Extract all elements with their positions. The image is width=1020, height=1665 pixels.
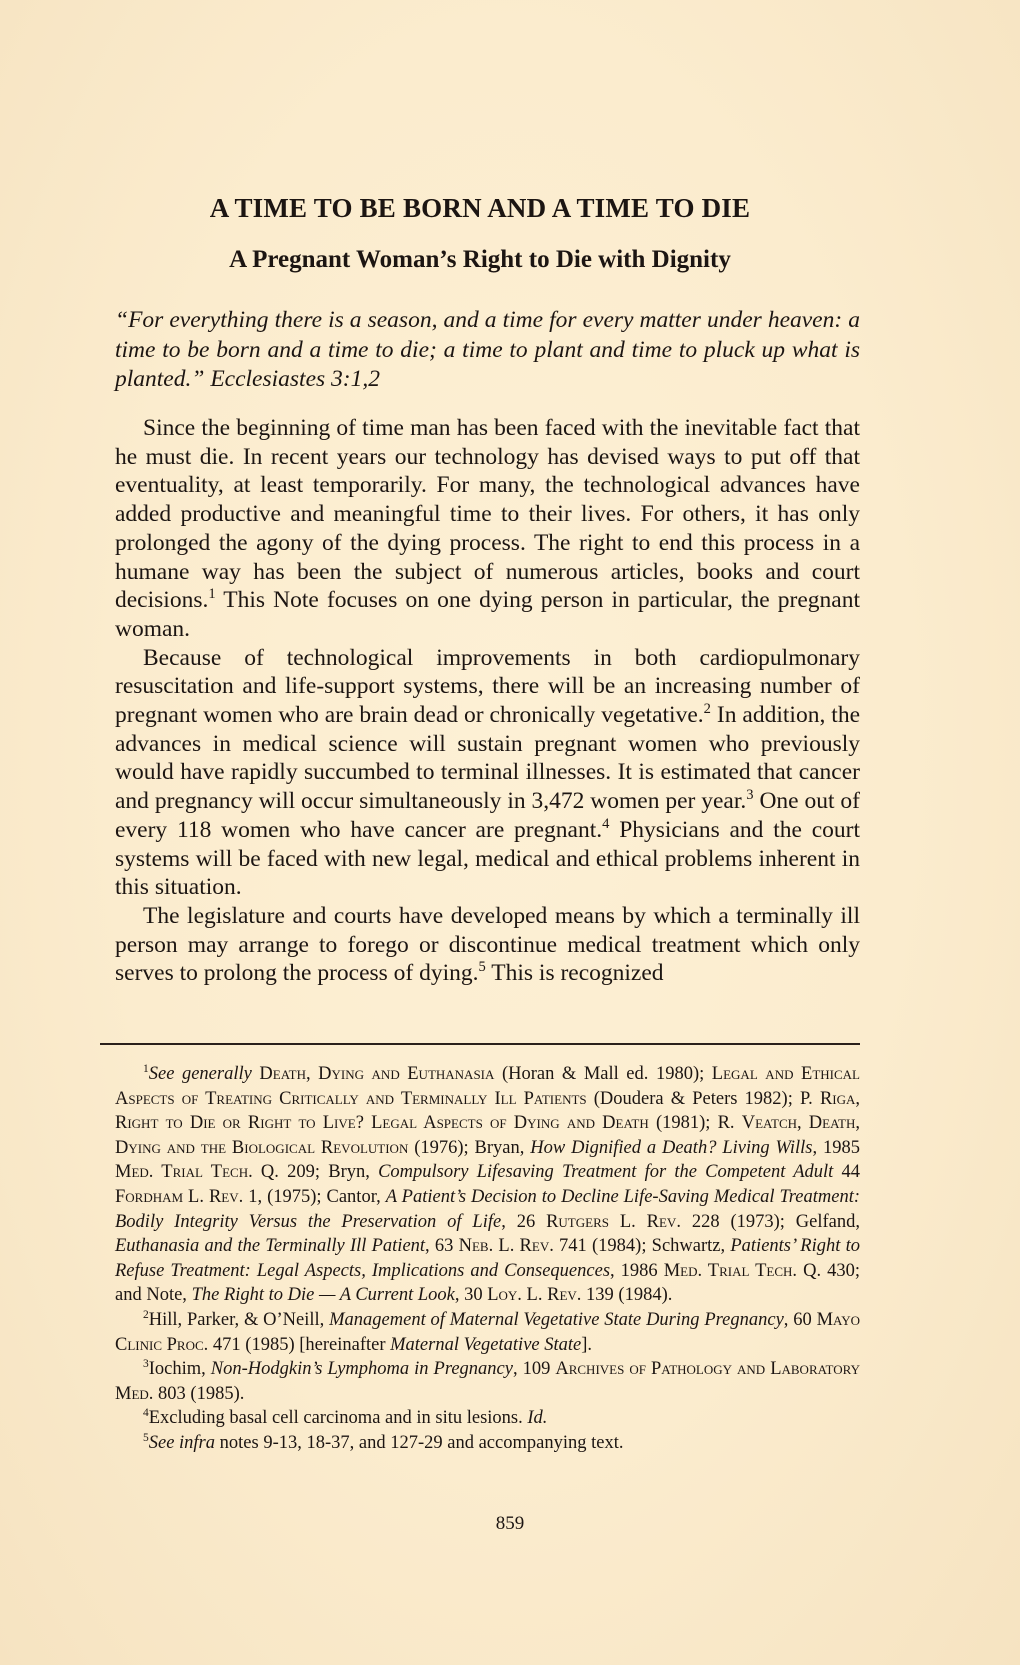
footnote-5: 5See infra notes 9-13, 18-37, and 127-29… bbox=[115, 1431, 860, 1456]
page-number: 859 bbox=[0, 1512, 1020, 1536]
footnote-ref-2: 2 bbox=[704, 701, 711, 717]
footnote-ref-3: 3 bbox=[746, 787, 753, 803]
article-subtitle: A Pregnant Woman’s Right to Die with Dig… bbox=[100, 243, 860, 277]
footnote-divider bbox=[100, 1043, 860, 1045]
epigraph: “For everything there is a season, and a… bbox=[115, 306, 860, 395]
footnote-4: 4Excluding basal cell carcinoma and in s… bbox=[115, 1406, 860, 1431]
document-page: A TIME TO BE BORN AND A TIME TO DIE A Pr… bbox=[0, 0, 1020, 1665]
footnotes: 1See generally Death, Dying and Euthanas… bbox=[115, 1062, 860, 1456]
footnote-ref-1: 1 bbox=[208, 586, 215, 602]
footnote-3: 3Iochim, Non-Hodgkin’s Lymphoma in Pregn… bbox=[115, 1357, 860, 1406]
paragraph-1: Since the beginning of time man has been… bbox=[115, 414, 860, 644]
footnote-1: 1See generally Death, Dying and Euthanas… bbox=[115, 1062, 860, 1308]
body-text: Since the beginning of time man has been… bbox=[115, 414, 860, 988]
epigraph-citation: Ecclesiastes 3:1,2 bbox=[210, 366, 380, 392]
footnote-ref-5: 5 bbox=[479, 960, 486, 976]
footnote-2: 2Hill, Parker, & O’Neill, Management of … bbox=[115, 1308, 860, 1357]
paragraph-2: Because of technological improvements in… bbox=[115, 644, 860, 902]
article-title: A TIME TO BE BORN AND A TIME TO DIE bbox=[100, 190, 860, 226]
paragraph-3: The legislature and courts have develope… bbox=[115, 902, 860, 988]
